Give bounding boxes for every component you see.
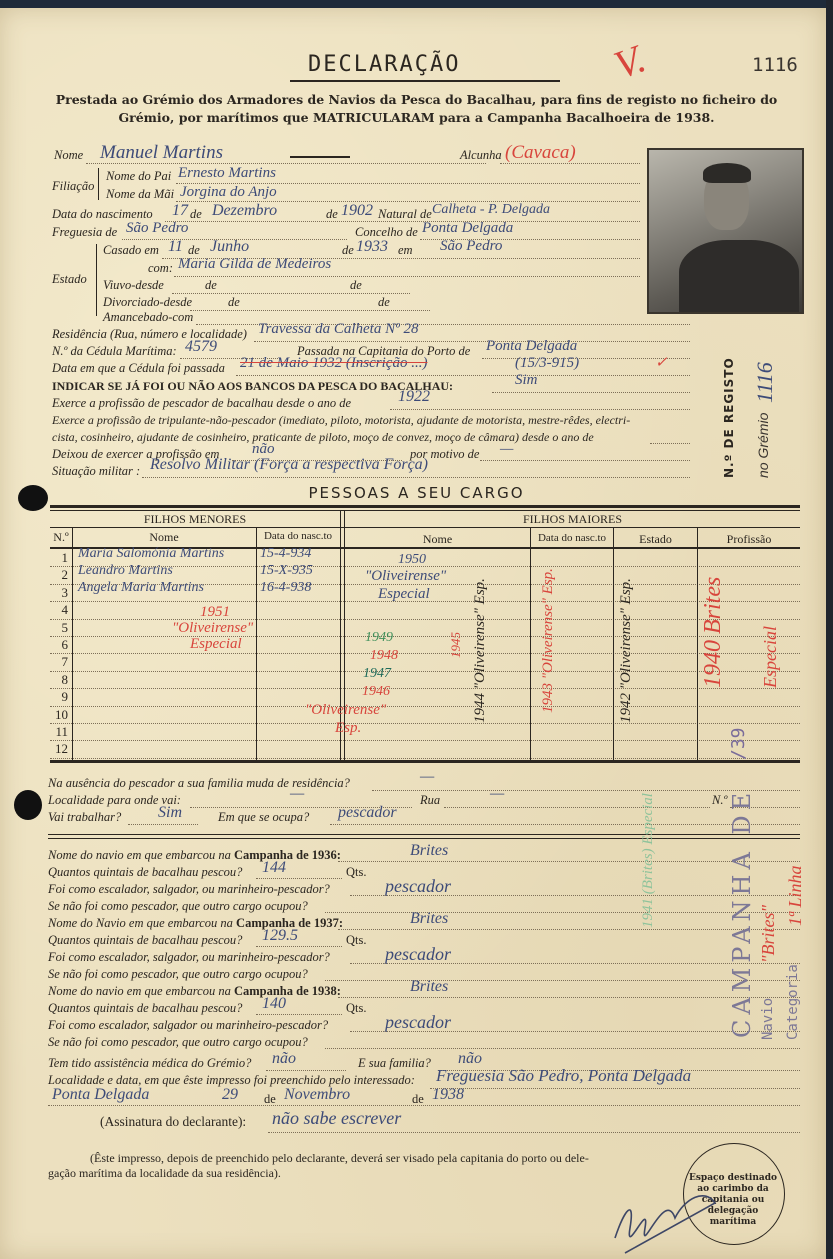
ocupa-label: Em que se ocupa? [218, 810, 309, 825]
intro-line-2: Grémio, por marítimos que MATRICULARAM p… [0, 110, 833, 125]
data-cedula-label: Data em que a Cédula foi passada [52, 361, 225, 376]
quintais-field[interactable]: 140 [262, 995, 286, 1013]
tripulante-label-1: Exerce a profissão de tripulante-não-pes… [52, 413, 630, 428]
quintais-label: Quantos quintais de bacalhau pescou? [48, 1001, 242, 1016]
filhos-menores-title: FILHOS MENORES [50, 512, 340, 527]
green-note: 1941 (Brites) Especial [640, 793, 657, 928]
annotation-1942: 1942 "Oliveirense" Esp. [618, 578, 635, 723]
menor-2-nome[interactable]: Leandro Martins [78, 563, 173, 579]
annotation-39: /39 [728, 727, 749, 760]
annotation-esp-2: Esp. [335, 720, 361, 737]
menor-2-data[interactable]: 15-X-935 [260, 563, 313, 579]
official-signature-icon [605, 1158, 755, 1258]
row-number: 11 [48, 724, 68, 740]
freguesia-label: Freguesia de [52, 225, 117, 240]
trabalhar-field[interactable]: Sim [158, 804, 182, 822]
row-number: 4 [48, 602, 68, 618]
annotation-1950: 1950 [398, 552, 426, 568]
campanha-navio-label: Navio [760, 998, 776, 1040]
de-label: de [350, 278, 362, 293]
row-number: 1 [48, 550, 68, 566]
casado-day-field[interactable]: 11 [168, 238, 183, 256]
annotation-1943: 1943 "Oliveirense" Esp. [540, 568, 557, 713]
conjuge-field[interactable]: Maria Gilda de Medeiros [178, 256, 331, 273]
casado-place-field[interactable]: São Pedro [440, 238, 502, 255]
footnote-line-2: gação marítima da localidade da sua resi… [48, 1166, 281, 1181]
ausencia-field[interactable]: — [420, 768, 434, 786]
motivo-field[interactable]: — [500, 441, 513, 458]
data-cedula-field[interactable]: (15/3-915) [515, 355, 579, 372]
data-cedula-struck: 21 de Maio 1932 (Inscrição ...) [240, 355, 427, 372]
annotation-1947: 1947 [363, 666, 391, 682]
de-label: de [326, 207, 338, 222]
annotation-oliveirense-1: "Oliveirense" [172, 620, 253, 637]
annotation-1940-brites: 1940 Brites [700, 577, 727, 688]
cedula-label: N.º da Cédula Marítima: [52, 344, 177, 359]
row-number: 7 [48, 654, 68, 670]
assistencia-field[interactable]: não [272, 1050, 296, 1068]
annotation-1945: 1945 [448, 632, 464, 658]
ocupa-field[interactable]: pescador [338, 804, 397, 822]
assinatura-field[interactable]: não sabe escrever [272, 1108, 401, 1129]
row-number: 3 [48, 585, 68, 601]
alcunha-field[interactable]: (Cavaca) [505, 142, 576, 164]
annotation-1948: 1948 [370, 648, 398, 664]
freguesia-field[interactable]: São Pedro [126, 220, 188, 237]
red-check-mark: V. [608, 34, 652, 88]
intro-line-1: Prestada ao Grémio dos Armadores de Navi… [0, 92, 833, 107]
localidade-field[interactable]: — [290, 785, 304, 803]
annotation-oliveirense-2: "Oliveirense" [305, 702, 386, 719]
col-menores-data: Data do nasc.to [256, 530, 340, 542]
de-label: de [378, 295, 390, 310]
funcao-label: Foi como escalador, salgador, ou marinhe… [48, 882, 330, 897]
assinatura-label: (Assinatura do declarante): [100, 1114, 246, 1130]
rua-label: Rua [420, 793, 440, 808]
nascimento-day-field[interactable]: 17 [172, 202, 188, 220]
annotation-oliveirense-blue: "Oliveirense" [365, 568, 446, 585]
registo-label: N.º DE REGISTO [722, 357, 736, 478]
row-number: 2 [48, 567, 68, 583]
annotation-especial-side: Especial [760, 626, 781, 688]
campanha-navio-label: Nome do Navio em que embarcou na Campanh… [48, 916, 343, 931]
pai-label: Nome do Pai [106, 169, 171, 184]
campanha-categoria-value[interactable]: 1ª Linha [785, 866, 806, 926]
col-maiores-estado: Estado [614, 532, 697, 547]
annotation-1951: 1951 [200, 604, 230, 621]
pescador-desde-label: Exerce a profissão de pescador de bacalh… [52, 396, 351, 411]
de-label: de [228, 295, 240, 310]
quintais-field[interactable]: 144 [262, 859, 286, 877]
outro-cargo-label: Se não foi como pescador, que outro carg… [48, 967, 308, 982]
col-maiores-data: Data do nasc.to [531, 532, 613, 544]
portrait-photo [647, 148, 804, 314]
em-label: em [398, 243, 413, 258]
col-maiores-nome: Nome [345, 532, 530, 547]
bancos-field[interactable]: Sim [515, 372, 538, 389]
title-underline [290, 80, 560, 82]
militar-field[interactable]: Resolvo Militar (Força a respectiva Forç… [150, 456, 428, 474]
col-maiores-profissao: Profissão [698, 532, 800, 547]
funcao-label: Foi como escalador, salgador, ou marinhe… [48, 950, 330, 965]
annotation-1949: 1949 [365, 630, 393, 646]
page-edge [826, 0, 833, 1259]
nascimento-year-field[interactable]: 1902 [341, 202, 373, 220]
alcunha-label: Alcunha [460, 148, 502, 163]
row-number: 5 [48, 620, 68, 636]
registo-gremio-label: no Grémio [755, 413, 771, 478]
menor-3-nome[interactable]: Angela Maria Martins [78, 580, 204, 596]
campanha-navio-field[interactable]: Brites [410, 842, 448, 860]
campanha-navio-field[interactable]: Brites [410, 978, 448, 996]
casado-year-field[interactable]: 1933 [356, 238, 388, 256]
row-number: 8 [48, 672, 68, 688]
viuvo-label: Viuvo-desde [103, 278, 164, 293]
quintais-field[interactable]: 129.5 [262, 927, 298, 945]
mes-field[interactable]: Novembro [284, 1086, 350, 1104]
menor-1-data[interactable]: 15-4-934 [260, 546, 311, 562]
ano-field[interactable]: 1938 [432, 1086, 464, 1104]
row-number: 12 [48, 741, 68, 757]
campanha-navio-label: Nome do navio em que embarcou na Campanh… [48, 848, 341, 863]
pescador-desde-field[interactable]: 1922 [398, 388, 430, 406]
funcao-label: Foi como escalador, salgador ou marinhei… [48, 1018, 328, 1033]
concelho-field[interactable]: Ponta Delgada [422, 220, 513, 237]
qts-label: Qts. [346, 933, 367, 948]
de-label: de [190, 207, 202, 222]
annotation-especial-blue: Especial [378, 586, 430, 603]
red-tick: ✓ [655, 353, 668, 372]
de-label: de [342, 243, 354, 258]
col-menores-nome: Nome [74, 530, 254, 545]
registry-number: 1116 [752, 54, 798, 76]
de-label: de [205, 278, 217, 293]
footnote-line-1: (Êste impresso, depois de preenchido pel… [90, 1151, 589, 1166]
mae-label: Nome da Mãi [106, 187, 174, 202]
assistencia-label: Tem tido assistência médica do Grémio? [48, 1056, 251, 1071]
amancebado-label: Amancebado-com [103, 310, 193, 325]
familia-label: E sua familia? [358, 1056, 431, 1071]
qts-label: Qts. [346, 1001, 367, 1016]
annotation-especial-1: Especial [190, 636, 242, 653]
campanha-navio-value[interactable]: "Brites" [758, 905, 779, 963]
campanha-categoria-label: Categoria [785, 964, 801, 1040]
campanha-navio-label: Nome do navio em que embarcou na Campanh… [48, 984, 341, 999]
mae-field[interactable]: Jorgina do Anjo [180, 184, 277, 201]
residencia-field[interactable]: Travessa da Calheta Nº 28 [258, 321, 419, 338]
rua-field[interactable]: — [490, 785, 504, 803]
qts-label: Qts. [346, 865, 367, 880]
dia-field[interactable]: 29 [222, 1086, 238, 1104]
funcao-field[interactable]: pescador [385, 944, 451, 965]
divorciado-label: Divorciado-desde [103, 295, 192, 310]
nome-label: Nome [54, 148, 83, 163]
ausencia-label: Na ausência do pescador a sua familia mu… [48, 776, 350, 791]
document-title: DECLARAÇÃO [308, 52, 460, 77]
campanha-stamp-title: CAMPANHA DE [728, 788, 756, 1038]
annotation-1946: 1946 [362, 684, 390, 700]
residencia-label: Residência (Rua, número e localidade) [52, 327, 247, 342]
bancos-label: INDICAR SE JÁ FOI OU NÃO AOS BANCOS DA P… [52, 379, 453, 394]
row-number: 10 [48, 707, 68, 723]
casado-label: Casado em [103, 243, 159, 258]
annotation-1944: 1944 "Oliveirense" Esp. [472, 578, 489, 723]
outro-cargo-label: Se não foi como pescador, que outro carg… [48, 899, 308, 914]
nascimento-month-field[interactable]: Dezembro [212, 202, 277, 220]
filiacao-label: Filiação [52, 179, 94, 194]
nome-field[interactable]: Manuel Martins [100, 142, 223, 164]
funcao-field[interactable]: pescador [385, 876, 451, 897]
militar-label: Situação militar : [52, 464, 140, 479]
funcao-field[interactable]: pescador [385, 1012, 451, 1033]
declaration-form: DECLARAÇÃO V. 1116 Prestada ao Grémio do… [0, 8, 826, 1259]
com-label: com: [148, 261, 173, 276]
casado-month-field[interactable]: Junho [210, 238, 249, 256]
cedula-field[interactable]: 4579 [185, 338, 217, 356]
quintais-label: Quantos quintais de bacalhau pescou? [48, 933, 242, 948]
numero-label: N.º [712, 793, 727, 808]
natural-field[interactable]: Calheta - P. Delgada [432, 202, 550, 218]
menor-3-data[interactable]: 16-4-938 [260, 580, 311, 596]
localidade-data-field[interactable]: Freguesia São Pedro, Ponta Delgada [436, 1066, 691, 1086]
passada-field[interactable]: Ponta Delgada [486, 338, 577, 355]
pai-field[interactable]: Ernesto Martins [178, 165, 276, 182]
campanha-navio-field[interactable]: Brites [410, 910, 448, 928]
outro-cargo-label: Se não foi como pescador, que outro carg… [48, 1035, 308, 1050]
quintais-label: Quantos quintais de bacalhau pescou? [48, 865, 242, 880]
row-number: 9 [48, 689, 68, 705]
estado-label: Estado [52, 272, 87, 287]
trabalhar-label: Vai trabalhar? [48, 810, 121, 825]
col-numero: N.º [50, 530, 72, 545]
row-number: 6 [48, 637, 68, 653]
local-line2-field[interactable]: Ponta Delgada [52, 1086, 149, 1104]
pessoas-a-seu-cargo-title: PESSOAS A SEU CARGO [0, 484, 833, 502]
menor-1-nome[interactable]: Maria Salomónia Martins [78, 546, 224, 562]
filhos-maiores-title: FILHOS MAIORES [345, 512, 800, 527]
registo-gremio-value[interactable]: 1116 [752, 362, 778, 403]
